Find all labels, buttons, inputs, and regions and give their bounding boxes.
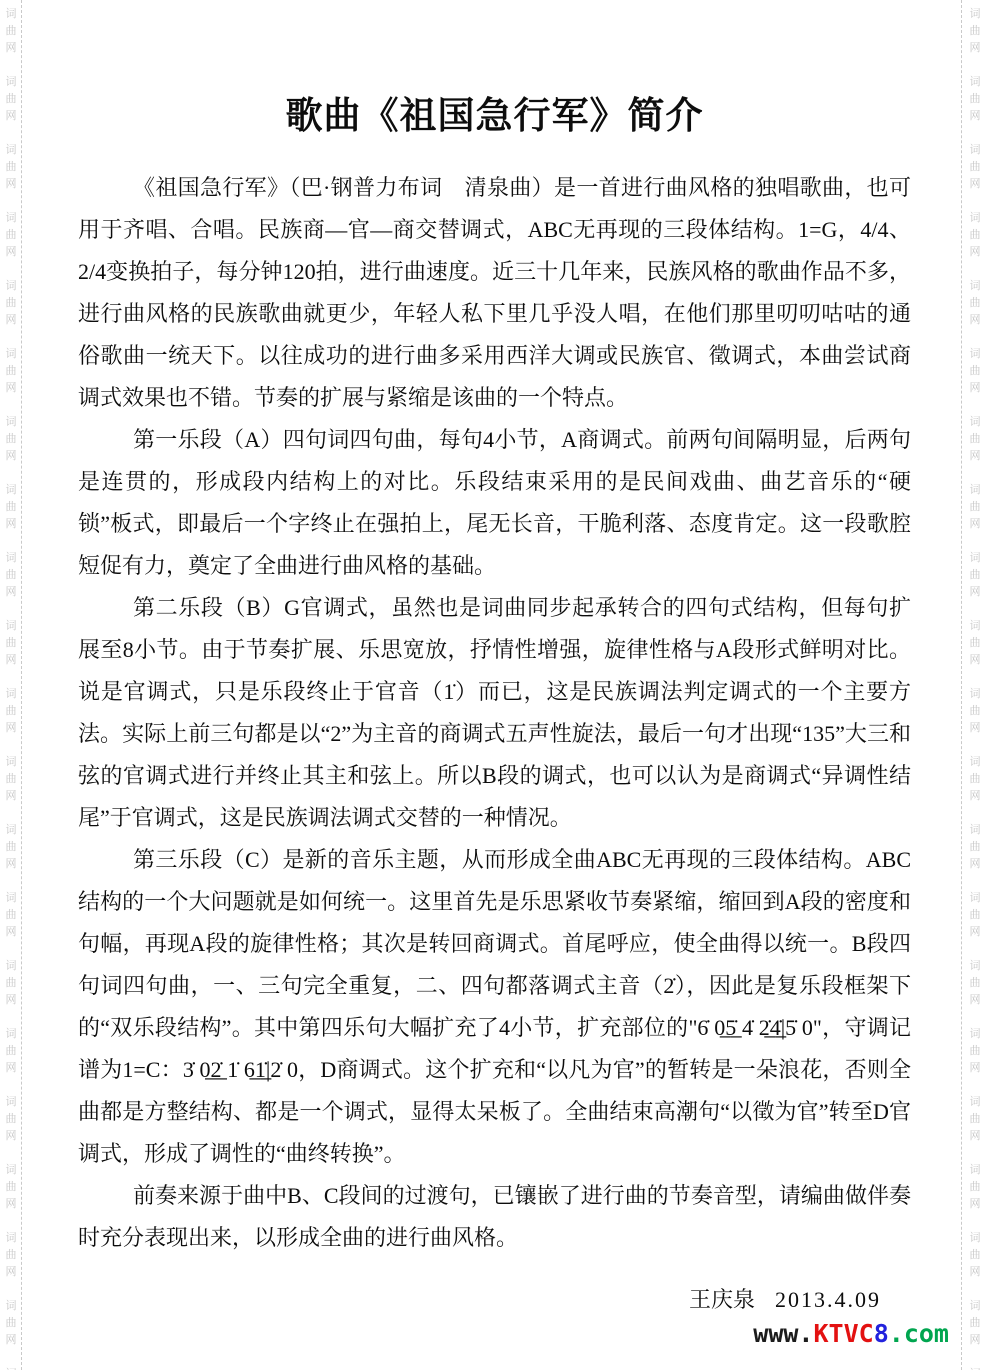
- document-page: 词 曲 网 词 曲 网 词 曲 网 词 曲 网 词 曲 网 词 曲 网 词 曲 …: [0, 0, 985, 1370]
- paragraph-intro: 《祖国急行军》（巴·钢普力布词 清泉曲）是一首进行曲风格的独唱歌曲，也可用于齐唱…: [78, 167, 911, 419]
- left-watermark-column: 词 曲 网 词 曲 网 词 曲 网 词 曲 网 词 曲 网 词 曲 网 词 曲 …: [3, 6, 19, 1370]
- right-watermark-column: 词 曲 网 词 曲 网 词 曲 网 词 曲 网 词 曲 网 词 曲 网 词 曲 …: [967, 6, 983, 1370]
- page-title: 歌曲《祖国急行军》简介: [78, 94, 911, 140]
- logo-www-segment: www.: [753, 1319, 813, 1348]
- document-content: 歌曲《祖国急行军》简介 《祖国急行军》（巴·钢普力布词 清泉曲）是一首进行曲风格…: [78, 0, 911, 1315]
- paragraph-section-c: 第三乐段（C）是新的音乐主题，从而形成全曲ABC无再现的三段体结构。ABC结构的…: [78, 839, 911, 1175]
- ktvc8-logo: www.KTVC8.com: [753, 1321, 949, 1346]
- paragraph-section-a: 第一乐段（A）四句词四句曲，每句4小节，A商调式。前两句间隔明显，后两句是连贯的…: [78, 419, 911, 587]
- signature-line: 王庆泉2013.4.09: [78, 1285, 911, 1315]
- left-dashed-divider: [21, 0, 22, 1370]
- right-dashed-divider: [961, 0, 962, 1370]
- paragraph-prelude: 前奏来源于曲中B、C段间的过渡句，已镶嵌了进行曲的节奏音型，请编曲做伴奏时充分表…: [78, 1175, 911, 1259]
- logo-com-segment: .com: [889, 1319, 949, 1348]
- logo-ktvc-segment: KTVC: [814, 1319, 874, 1348]
- author-name: 王庆泉: [689, 1287, 755, 1312]
- paragraph-section-b: 第二乐段（B）G官调式，虽然也是词曲同步起承转合的四句式结构，但每句扩展至8小节…: [78, 587, 911, 839]
- logo-eight-segment: 8: [874, 1319, 889, 1348]
- signature-date: 2013.4.09: [775, 1287, 881, 1312]
